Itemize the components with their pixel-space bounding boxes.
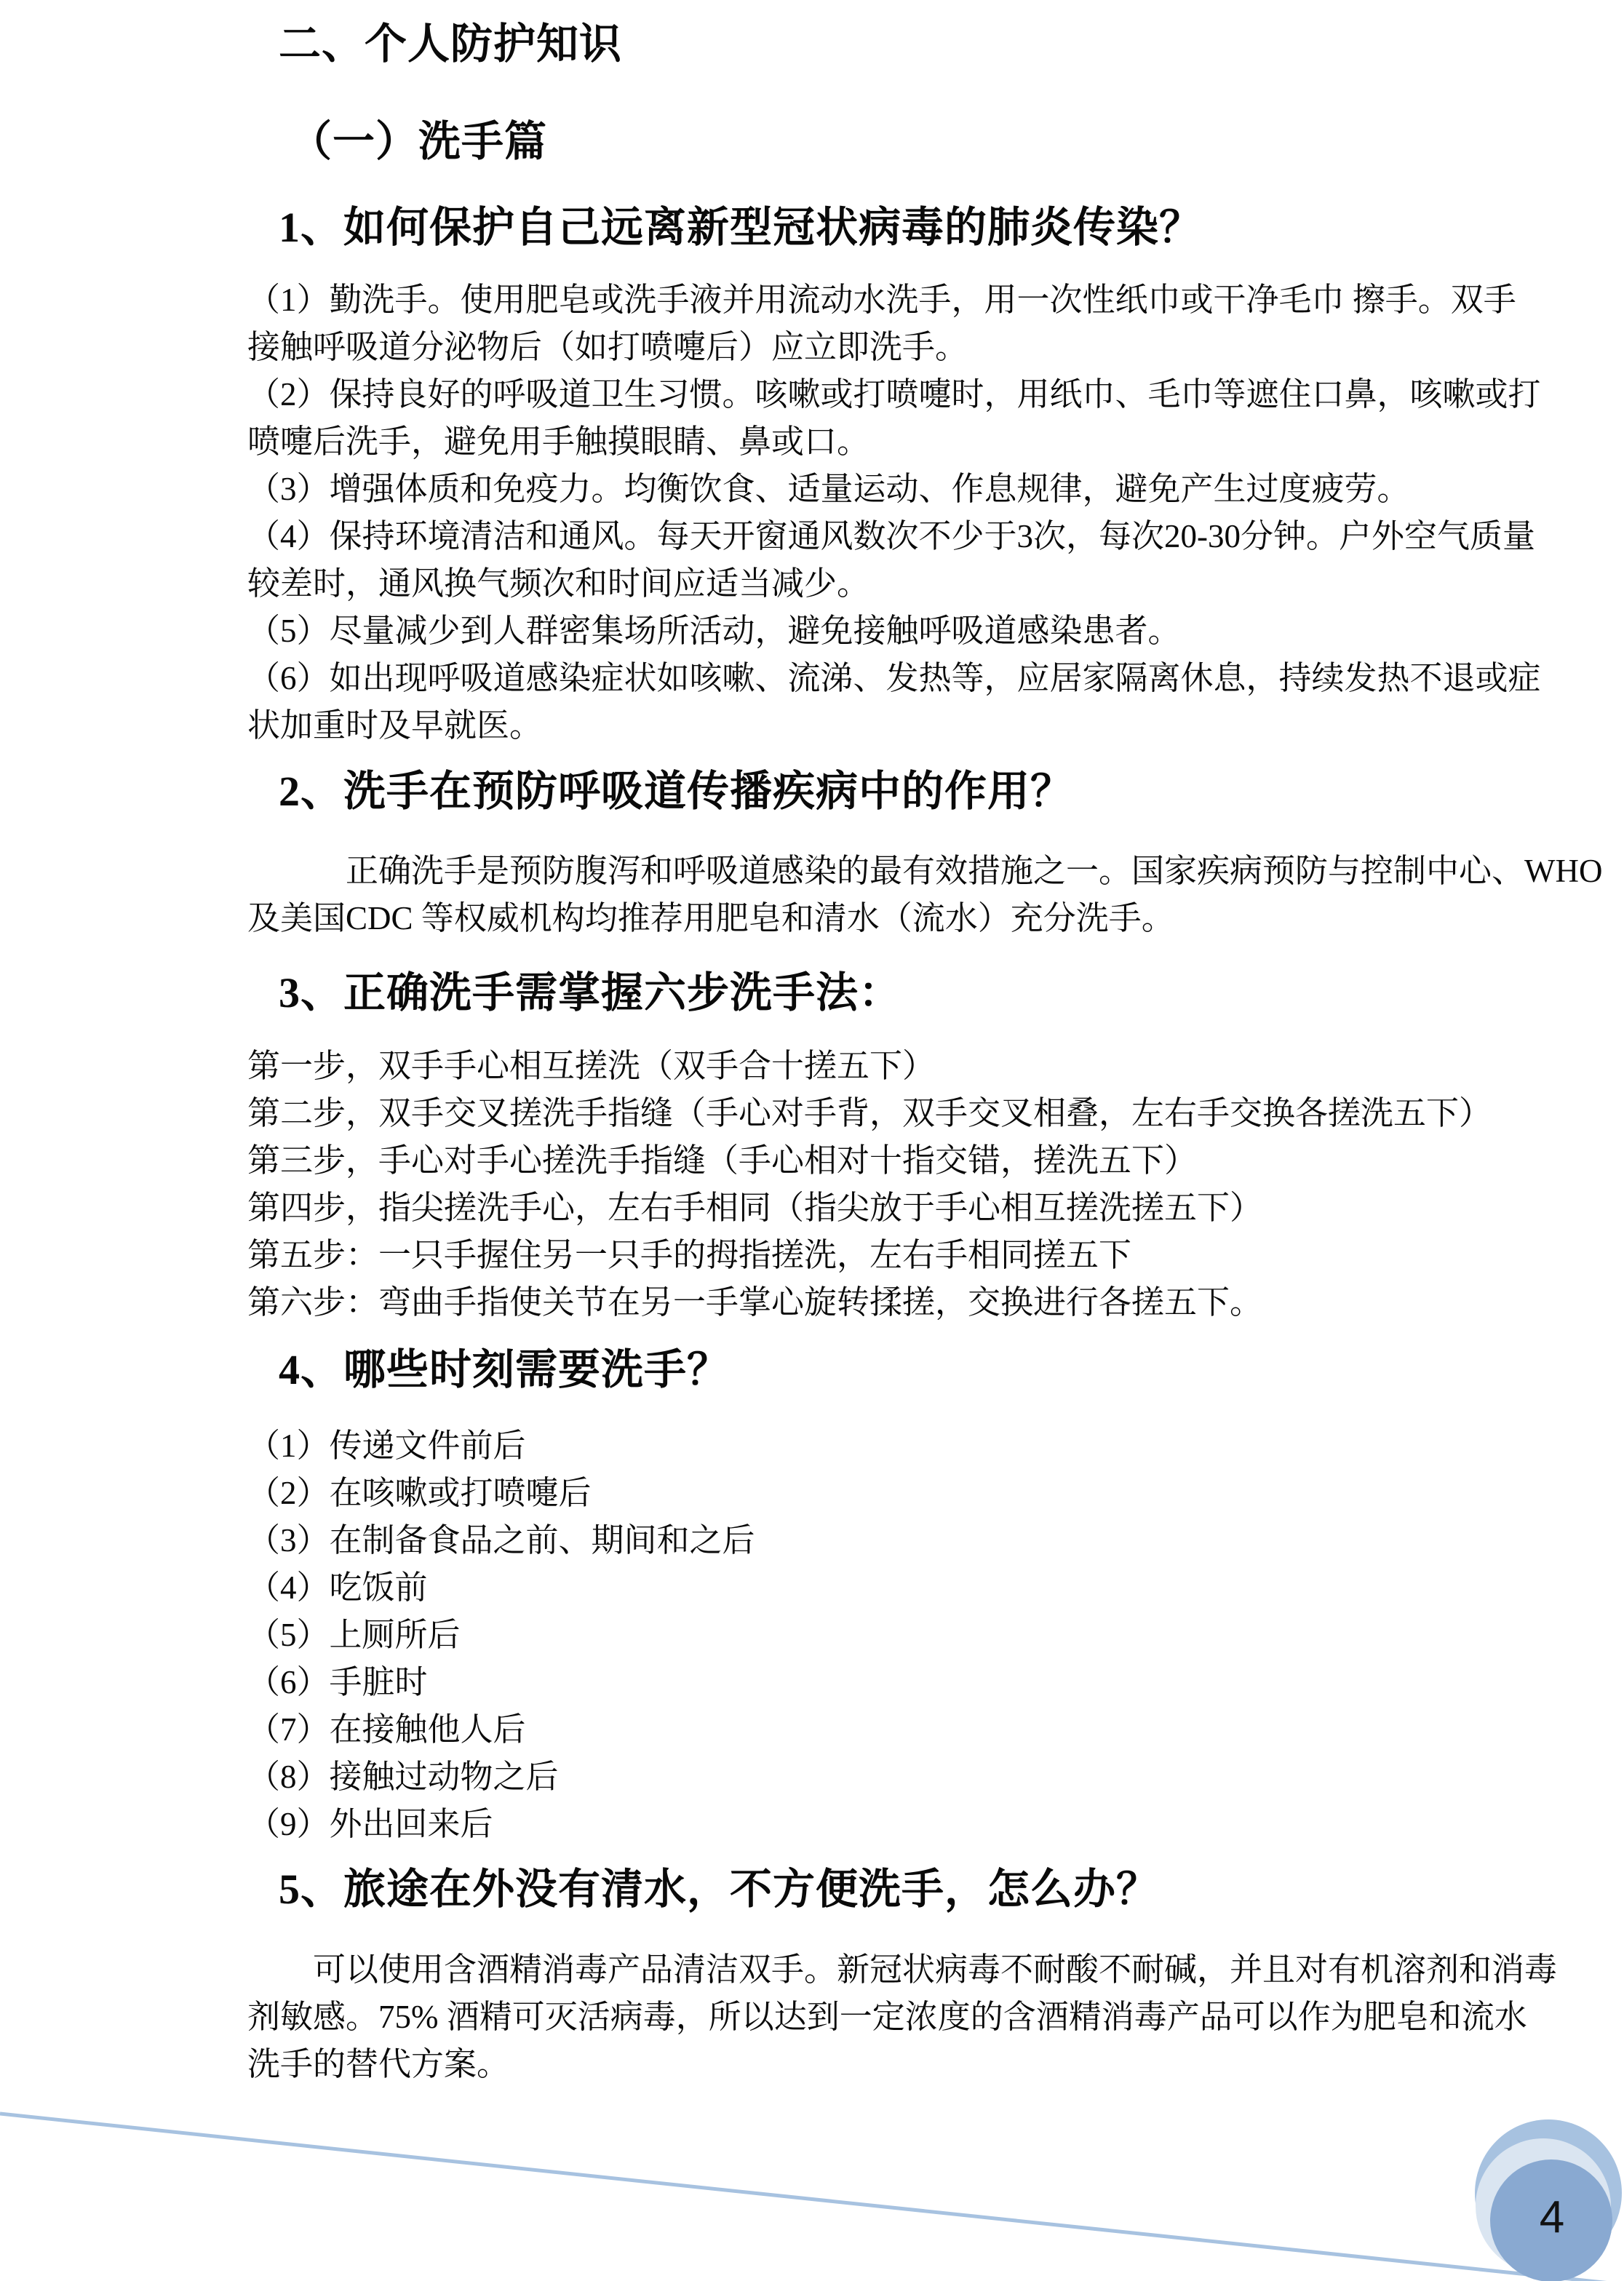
document-page: 二、个人防护知识 （一）洗手篇 1、如何保护自己远离新型冠状病毒的肺炎传染？ （… — [0, 0, 1624, 2281]
text-line: 可以使用含酒精消毒产品清洁双手。新冠状病毒不耐酸不耐碱，并且对有机溶剂和消毒 — [247, 1946, 1550, 1994]
text-line: 第三步，手心对手心搓洗手指缝（手心相对十指交错，搓洗五下） — [247, 1137, 1550, 1185]
text-line: （9）外出回来后 — [247, 1801, 1550, 1848]
text-line: 第四步，指尖搓洗手心，左右手相同（指尖放于手心相互搓洗搓五下） — [247, 1185, 1550, 1232]
section-heading-1: 1、如何保护自己远离新型冠状病毒的肺炎传染？ — [279, 202, 1202, 253]
section-heading-3: 3、正确洗手需掌握六步洗手法： — [279, 968, 901, 1019]
section-heading-2: 2、洗手在预防呼吸道传播疾病中的作用？ — [279, 766, 1073, 817]
page-number-circle-outer — [1475, 2119, 1622, 2266]
text-line: （3）增强体质和免疫力。均衡饮食、适量运动、作息规律，避免产生过度疲劳。 — [247, 466, 1550, 513]
text-line: 第五步：一只手握住另一只手的拇指搓洗，左右手相同搓五下 — [247, 1232, 1550, 1279]
text-line: 喷嚏后洗手，避免用手触摸眼睛、鼻或口。 — [247, 418, 1550, 466]
text-line: （5）尽量减少到人群密集场所活动，避免接触呼吸道感染患者。 — [247, 608, 1550, 655]
text-line: 洗手的替代方案。 — [247, 2041, 1550, 2088]
page-number: 4 — [1540, 2192, 1564, 2242]
page-number-circle-inner — [1490, 2159, 1612, 2281]
text-line: （7）在接触他人后 — [247, 1706, 1550, 1753]
section-heading-5: 5、旅途在外没有清水，不方便洗手，怎么办？ — [279, 1864, 1159, 1915]
text-line: 第六步：弯曲手指使关节在另一手掌心旋转揉搓，交换进行各搓五下。 — [247, 1279, 1550, 1326]
page-number-circle-ring — [1476, 2138, 1611, 2274]
text-line: （6）如出现呼吸道感染症状如咳嗽、流涕、发热等，应居家隔离休息，持续发热不退或症 — [247, 655, 1550, 702]
text-line: （2）在咳嗽或打喷嚏后 — [247, 1470, 1550, 1517]
text-line: 第一步，双手手心相互搓洗（双手合十搓五下） — [247, 1043, 1550, 1090]
section-body-5: 可以使用含酒精消毒产品清洁双手。新冠状病毒不耐酸不耐碱，并且对有机溶剂和消毒剂敏… — [247, 1946, 1550, 2088]
text-line: （4）吃饭前 — [247, 1564, 1550, 1612]
text-line: （8）接触过动物之后 — [247, 1753, 1550, 1801]
section-heading-4: 4、哪些时刻需要洗手？ — [279, 1345, 730, 1396]
text-line: （6）手脏时 — [247, 1659, 1550, 1706]
chapter-heading: 二、个人防护知识 — [279, 19, 622, 70]
text-line: （2）保持良好的呼吸道卫生习惯。咳嗽或打喷嚏时，用纸巾、毛巾等遮住口鼻，咳嗽或打 — [247, 371, 1550, 418]
text-line: 及美国CDC 等权威机构均推荐用肥皂和清水（流水）充分洗手。 — [247, 895, 1550, 942]
text-line: 接触呼吸道分泌物后（如打喷嚏后）应立即洗手。 — [247, 324, 1550, 371]
text-line: 剂敏感。75% 酒精可灭活病毒，所以达到一定浓度的含酒精消毒产品可以作为肥皂和流… — [247, 1994, 1550, 2041]
section-body-1: （1）勤洗手。使用肥皂或洗手液并用流动水洗手，用一次性纸巾或干净毛巾 擦手。双手… — [247, 276, 1550, 749]
text-line: （4）保持环境清洁和通风。每天开窗通风数次不少于3次，每次20-30分钟。户外空… — [247, 513, 1550, 560]
text-line: （1）勤洗手。使用肥皂或洗手液并用流动水洗手，用一次性纸巾或干净毛巾 擦手。双手 — [247, 276, 1550, 324]
text-line: 第二步，双手交叉搓洗手指缝（手心对手背，双手交叉相叠，左右手交换各搓洗五下） — [247, 1090, 1550, 1137]
text-line: 较差时，通风换气频次和时间应适当减少。 — [247, 560, 1550, 608]
text-line: （5）上厕所后 — [247, 1612, 1550, 1659]
section-body-2: 正确洗手是预防腹泻和呼吸道感染的最有效措施之一。国家疾病预防与控制中心、WHO及… — [247, 848, 1550, 942]
section-body-3: 第一步，双手手心相互搓洗（双手合十搓五下）第二步，双手交叉搓洗手指缝（手心对手背… — [247, 1043, 1550, 1326]
text-line: 状加重时及早就医。 — [247, 702, 1550, 749]
section-body-4: （1）传递文件前后（2）在咳嗽或打喷嚏后（3）在制备食品之前、期间和之后（4）吃… — [247, 1422, 1550, 1848]
text-line: （1）传递文件前后 — [247, 1422, 1550, 1470]
footer-diagonal-line — [0, 2114, 1624, 2281]
section-group-heading: （一）洗手篇 — [290, 116, 547, 167]
text-line: （3）在制备食品之前、期间和之后 — [247, 1517, 1550, 1564]
text-line: 正确洗手是预防腹泻和呼吸道感染的最有效措施之一。国家疾病预防与控制中心、WHO — [247, 848, 1550, 895]
